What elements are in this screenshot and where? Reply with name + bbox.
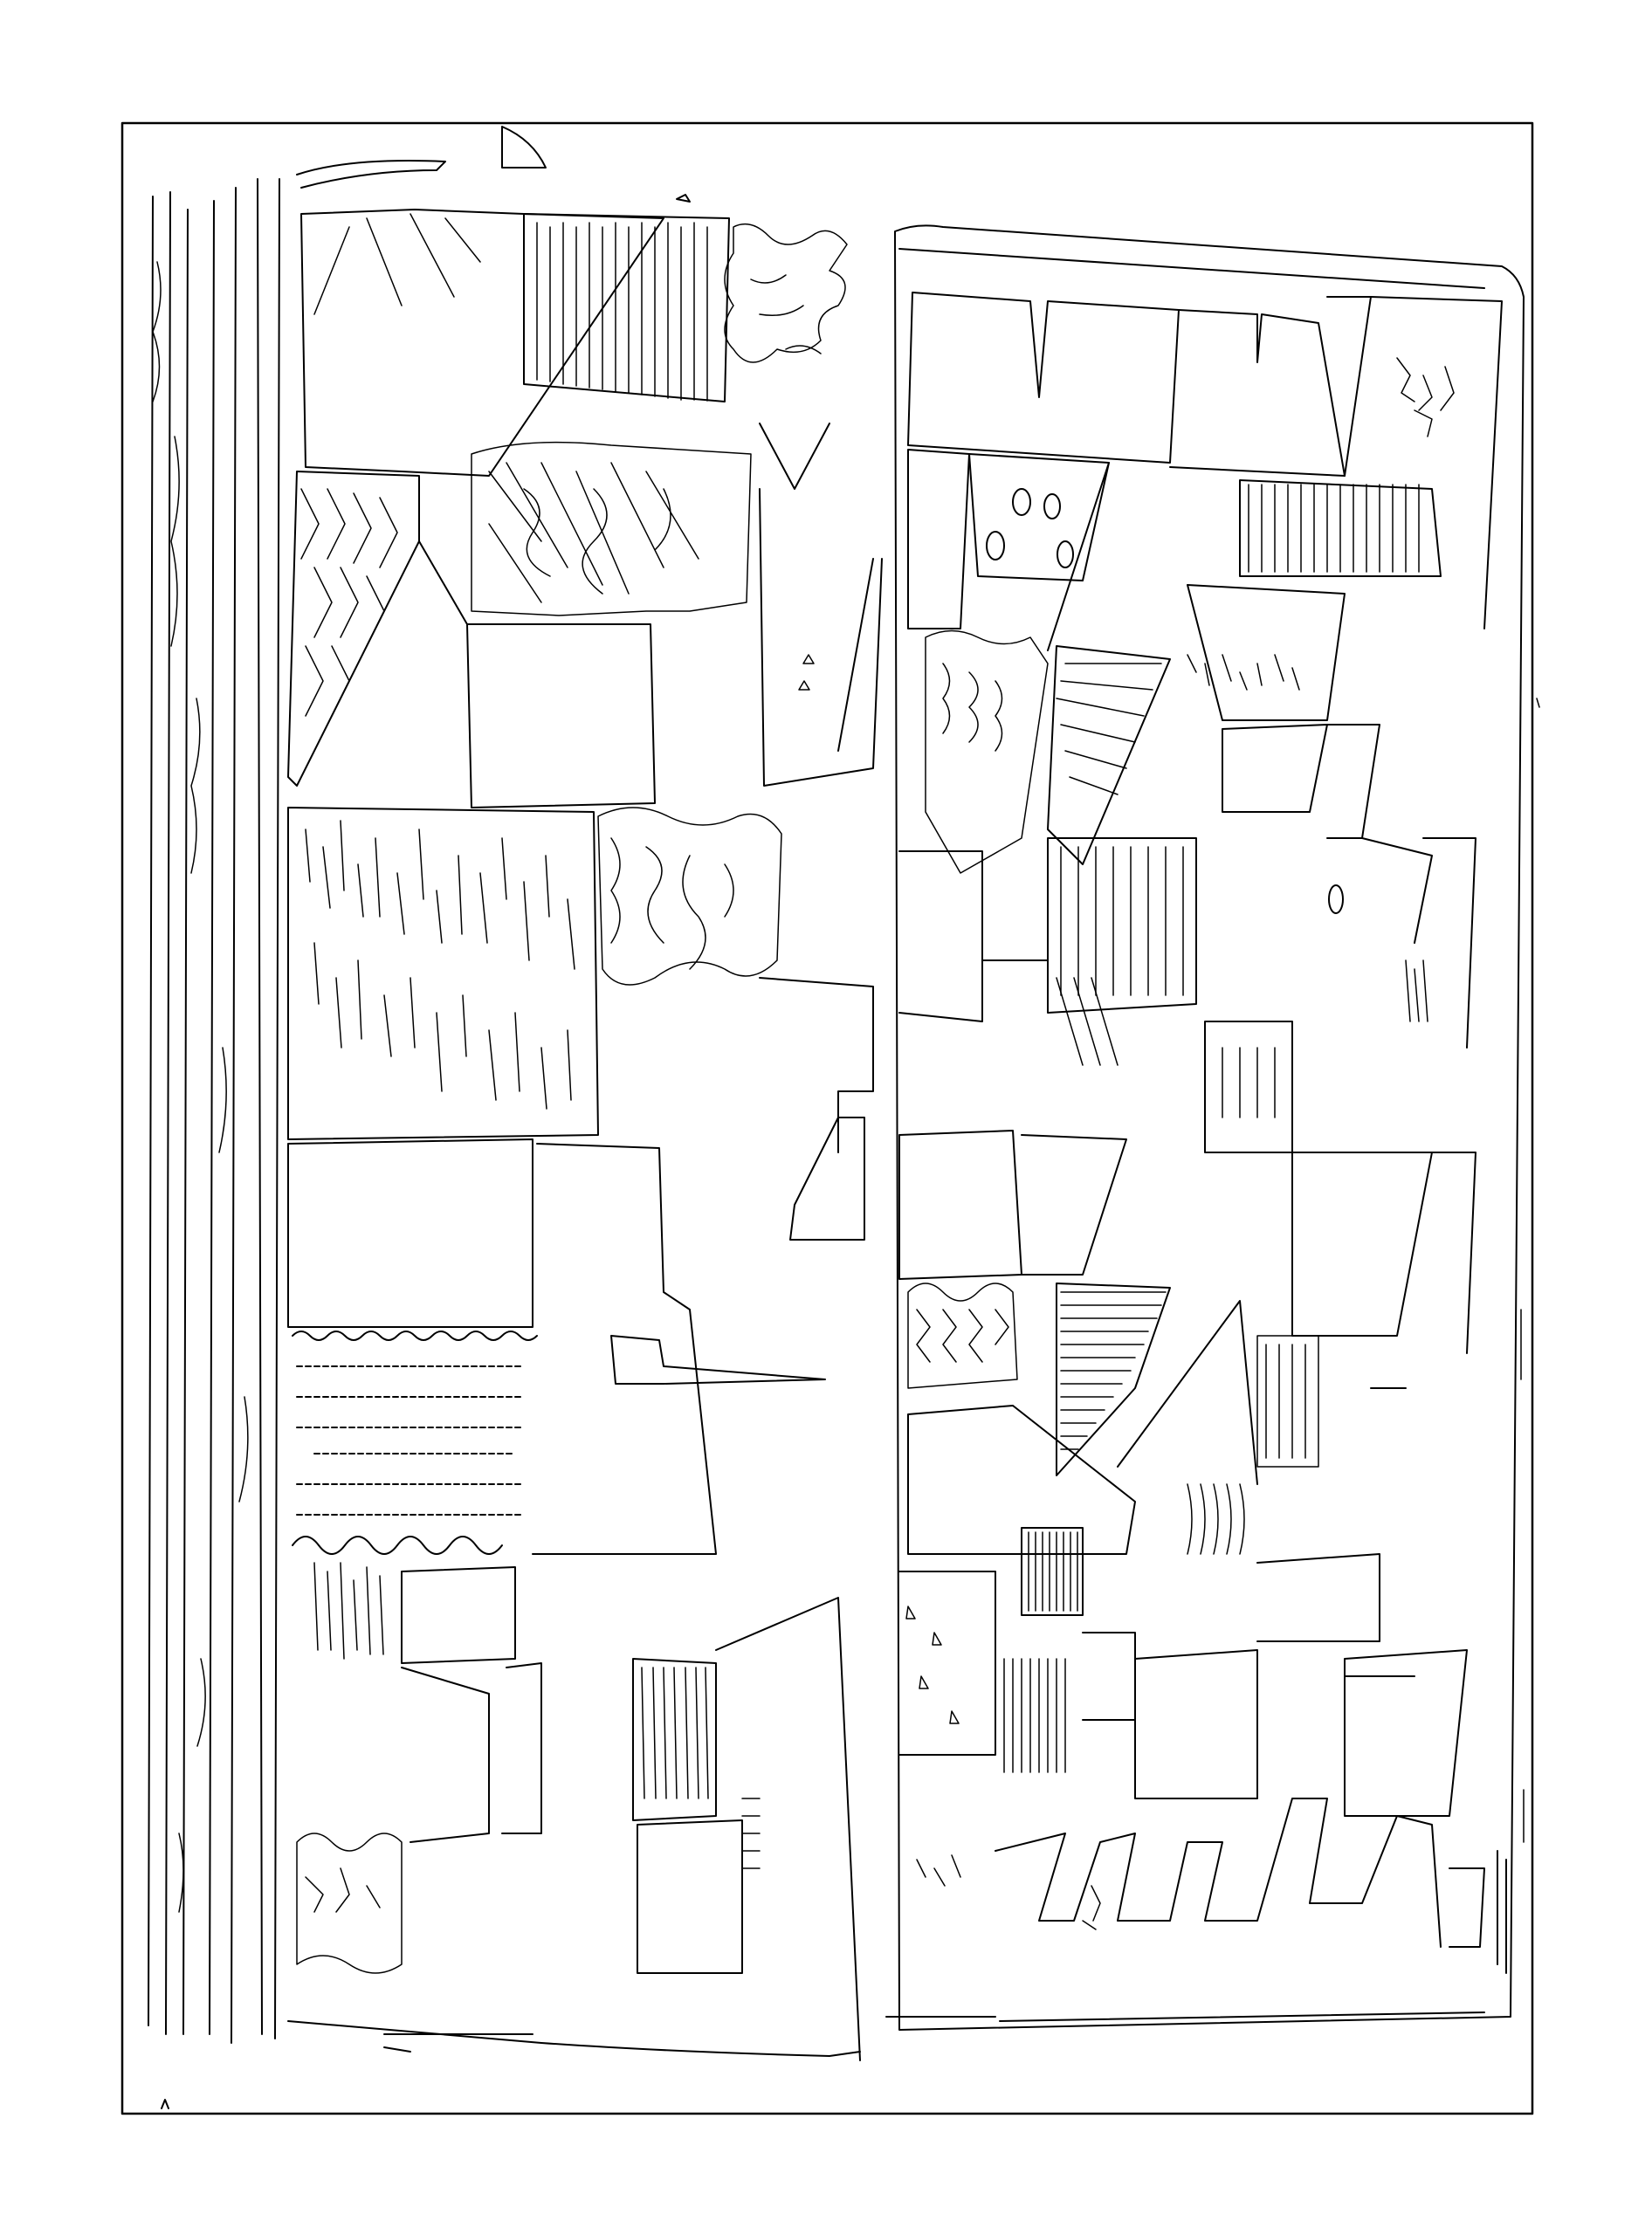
triangle-shape (502, 127, 546, 168)
leafy-scribble-right (926, 631, 1048, 874)
left-spine (148, 179, 279, 2043)
leafy-scribble (725, 224, 847, 362)
outer-frame (122, 123, 1532, 2114)
bottom-teeth (995, 1798, 1441, 1947)
plain-rectangle-left (288, 1139, 533, 1327)
right-panel (886, 225, 1524, 2030)
dense-vertical-hatch (1022, 1528, 1083, 1615)
vertical-stripe-block-right (1048, 838, 1196, 1013)
zigzag-block (908, 1283, 1017, 1388)
plain-rectangle-right (533, 1144, 716, 1554)
vertical-stripes-block (524, 214, 729, 402)
tall-block-1 (908, 292, 1179, 463)
right-panel-outline (895, 225, 1524, 2030)
left-bottom-edge (288, 2021, 860, 2056)
diamond-hatch (288, 471, 419, 786)
left-panel (148, 127, 882, 2060)
horizontal-stripes (1057, 1283, 1170, 1475)
diagonal-hatch (1048, 646, 1170, 864)
glyph-rows (293, 1331, 537, 1554)
left-top-edge (297, 161, 445, 188)
line-drawing-canvas (0, 0, 1652, 2235)
tall-block-2 (1170, 310, 1345, 476)
dashed-grass-block (288, 808, 598, 1139)
dotted-ovals-block (969, 454, 1109, 581)
mosaic-block (472, 443, 751, 615)
